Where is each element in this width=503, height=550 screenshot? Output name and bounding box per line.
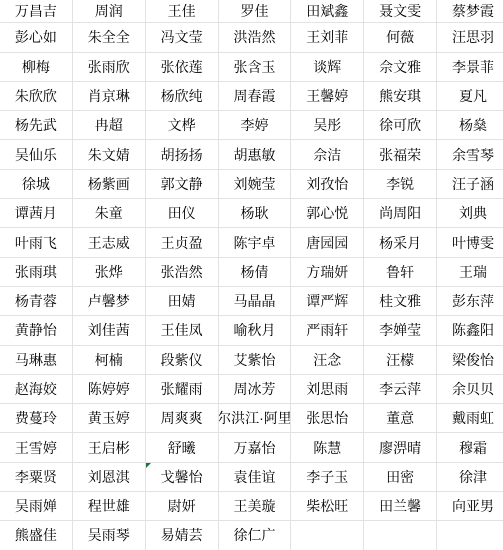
cell-r16c4[interactable]: 万嘉怡 <box>218 433 291 462</box>
cell-r13c4[interactable]: 艾紫怡 <box>218 345 291 374</box>
cell-r12c7[interactable]: 陈鑫阳 <box>437 316 503 345</box>
cell-text: 戈馨怡 <box>161 470 203 484</box>
cell-text: 程世雄 <box>88 499 130 513</box>
cell-r11c2[interactable]: 卢馨梦 <box>72 286 145 315</box>
cell-r16c3[interactable]: 舒曦 <box>145 433 218 462</box>
cell-r15c4[interactable]: 尔洪江·阿里 <box>218 404 291 433</box>
cell-r1c7[interactable]: 蔡梦霞 <box>437 0 503 23</box>
cell-r19c2[interactable]: 吴雨琴 <box>72 521 145 550</box>
cell-text: 张思怡 <box>306 411 348 425</box>
cell-r8c1[interactable]: 谭茜月 <box>0 199 72 228</box>
cell-r4c3[interactable]: 杨欣纯 <box>145 81 218 110</box>
cell-r1c1[interactable]: 万昌吉 <box>0 0 72 23</box>
cell-r14c5[interactable]: 刘思雨 <box>291 374 364 403</box>
cell-text: 蔡梦霞 <box>452 4 494 18</box>
cell-r3c1[interactable]: 柳梅 <box>0 52 72 81</box>
cell-text: 徐仁广 <box>233 528 275 542</box>
cell-text: 万昌吉 <box>15 4 57 18</box>
cell-text: 田仪 <box>168 206 196 220</box>
cell-text: 杨采月 <box>379 236 421 250</box>
cell-r15c3[interactable]: 周爽爽 <box>145 404 218 433</box>
cell-text: 向亚男 <box>452 499 494 513</box>
cell-text: 汪念 <box>313 353 341 367</box>
cell-text: 朱童 <box>95 206 123 220</box>
cell-text: 穆霜 <box>459 441 487 455</box>
cell-r5c4[interactable]: 李婷 <box>218 111 291 140</box>
table-row: 王雪婷王启彬舒曦万嘉怡陈慧廖淠晴穆霜 <box>0 433 503 462</box>
cell-r15c5[interactable]: 张思怡 <box>291 404 364 433</box>
cell-r6c5[interactable]: 佘洁 <box>291 140 364 169</box>
cell-text: 周润 <box>95 4 123 18</box>
cell-r3c4[interactable]: 张含玉 <box>218 52 291 81</box>
cell-text: 杨耿 <box>240 206 268 220</box>
cell-text: 张耀雨 <box>161 382 203 396</box>
cell-text: 张雨琪 <box>15 265 57 279</box>
cell-text: 尉妍 <box>168 499 196 513</box>
cell-text: 李锐 <box>386 177 414 191</box>
cell-r17c2[interactable]: 刘恩淇 <box>72 462 145 491</box>
cell-text: 张福荣 <box>379 148 421 162</box>
cell-text: 叶博雯 <box>452 236 494 250</box>
cell-r18c7[interactable]: 向亚男 <box>437 492 503 521</box>
cell-text: 王馨婷 <box>306 89 348 103</box>
cell-text: 彭心如 <box>15 30 57 44</box>
cell-r9c6[interactable]: 杨采月 <box>364 228 437 257</box>
cell-r10c1[interactable]: 张雨琪 <box>0 257 72 286</box>
cell-text: 汪子涵 <box>452 177 494 191</box>
cell-r3c7[interactable]: 李景菲 <box>437 52 503 81</box>
cell-text: 柴松旺 <box>306 499 348 513</box>
cell-r18c5[interactable]: 柴松旺 <box>291 492 364 521</box>
cell-text: 王美璇 <box>233 499 275 513</box>
cell-r10c2[interactable]: 张烨 <box>72 257 145 286</box>
cell-text: 徐城 <box>22 177 50 191</box>
cell-text: 王志威 <box>88 236 130 250</box>
cell-text: 徐可欣 <box>379 118 421 132</box>
sheet-grid: 万昌吉周润王佳罗佳田斌鑫聂文雯蔡梦霞彭心如朱全全冯文莹洪浩然王刘菲何薇汪思羽柳梅… <box>0 0 503 550</box>
cell-text: 袁佳谊 <box>233 470 275 484</box>
cell-text: 何薇 <box>386 30 414 44</box>
cell-text: 谭茜月 <box>15 206 57 220</box>
cell-r16c1[interactable]: 王雪婷 <box>0 433 72 462</box>
cell-r3c2[interactable]: 张雨欣 <box>72 52 145 81</box>
cell-text: 余贝贝 <box>452 382 494 396</box>
cell-text: 田密 <box>386 470 414 484</box>
sheet-grid-body: 万昌吉周润王佳罗佳田斌鑫聂文雯蔡梦霞彭心如朱全全冯文莹洪浩然王刘菲何薇汪思羽柳梅… <box>0 0 503 550</box>
cell-r5c6[interactable]: 徐可欣 <box>364 111 437 140</box>
cell-r16c6[interactable]: 廖淠晴 <box>364 433 437 462</box>
cell-r10c3[interactable]: 张浩然 <box>145 257 218 286</box>
cell-r3c3[interactable]: 张依莲 <box>145 52 218 81</box>
cell-text: 聂文雯 <box>379 4 421 18</box>
cell-text: 吴雨婵 <box>15 499 57 513</box>
cell-text: 尚周阳 <box>379 206 421 220</box>
table-row: 谭茜月朱童田仪杨耿郭心悦尚周阳刘典 <box>0 199 503 228</box>
cell-r2c7[interactable]: 汪思羽 <box>437 23 503 52</box>
cell-r3c6[interactable]: 佘文雅 <box>364 52 437 81</box>
cell-r10c7[interactable]: 王瑞 <box>437 257 503 286</box>
cell-text: 杨紫画 <box>88 177 130 191</box>
cell-r13c3[interactable]: 段紫仪 <box>145 345 218 374</box>
cell-text: 杨青蓉 <box>15 294 57 308</box>
cell-r2c3[interactable]: 冯文莹 <box>145 23 218 52</box>
cell-text: 朱欣欣 <box>15 89 57 103</box>
cell-text: 胡惠敏 <box>233 148 275 162</box>
cell-text: 朱文婧 <box>88 148 130 162</box>
cell-r17c1[interactable]: 李粟贤 <box>0 462 72 491</box>
cell-r13c2[interactable]: 柯楠 <box>72 345 145 374</box>
cell-text: 李粟贤 <box>15 470 57 484</box>
cell-text: 彭东萍 <box>452 294 494 308</box>
cell-r17c4[interactable]: 袁佳谊 <box>218 462 291 491</box>
table-row: 朱欣欣肖京琳杨欣纯周春霞王馨婷熊安琪夏凡 <box>0 81 503 110</box>
cell-r4c1[interactable]: 朱欣欣 <box>0 81 72 110</box>
table-row: 张雨琪张烨张浩然杨倩方瑞妍鲁轩王瑞 <box>0 257 503 286</box>
table-row: 杨青蓉卢馨梦田婧马晶晶谭严辉桂文雅彭东萍 <box>0 286 503 315</box>
cell-r11c6[interactable]: 桂文雅 <box>364 286 437 315</box>
cell-text: 陈宇卓 <box>233 236 275 250</box>
cell-r11c7[interactable]: 彭东萍 <box>437 286 503 315</box>
cell-r12c2[interactable]: 刘佳茜 <box>72 316 145 345</box>
cell-r7c3[interactable]: 郭文静 <box>145 169 218 198</box>
cell-r4c7[interactable]: 夏凡 <box>437 81 503 110</box>
table-row: 吴仙乐朱文婧胡扬扬胡惠敏佘洁张福荣余雪琴 <box>0 140 503 169</box>
cell-text: 郭文静 <box>161 177 203 191</box>
cell-r11c5[interactable]: 谭严辉 <box>291 286 364 315</box>
table-row: 吴雨婵程世雄尉妍王美璇柴松旺田兰馨向亚男 <box>0 492 503 521</box>
cell-text: 卢馨梦 <box>88 294 130 308</box>
cell-text: 叶雨飞 <box>15 236 57 250</box>
cell-text: 戴雨虹 <box>452 411 494 425</box>
cell-text: 冉超 <box>95 118 123 132</box>
cell-r14c3[interactable]: 张耀雨 <box>145 374 218 403</box>
cell-text: 张依莲 <box>161 60 203 74</box>
cell-text: 张雨欣 <box>88 60 130 74</box>
cell-text: 汪檬 <box>386 353 414 367</box>
cell-r5c1[interactable]: 杨先武 <box>0 111 72 140</box>
cell-text: 鲁轩 <box>386 265 414 279</box>
cell-r19c7[interactable] <box>437 521 503 550</box>
cell-text: 罗佳 <box>240 4 268 18</box>
cell-text: 谈辉 <box>313 60 341 74</box>
cell-r17c7[interactable]: 徐津 <box>437 462 503 491</box>
cell-r8c5[interactable]: 郭心悦 <box>291 199 364 228</box>
error-marker-icon <box>146 463 151 468</box>
cell-r12c1[interactable]: 黄静怡 <box>0 316 72 345</box>
cell-r5c3[interactable]: 文桦 <box>145 111 218 140</box>
cell-text: 夏凡 <box>459 89 487 103</box>
cell-r9c1[interactable]: 叶雨飞 <box>0 228 72 257</box>
cell-r1c5[interactable]: 田斌鑫 <box>291 0 364 23</box>
cell-text: 王雪婷 <box>15 441 57 455</box>
cell-text: 刘恩淇 <box>88 470 130 484</box>
cell-text: 段紫仪 <box>161 353 203 367</box>
cell-r19c1[interactable]: 熊盛佳 <box>0 521 72 550</box>
cell-text: 吴彤 <box>313 118 341 132</box>
cell-text: 万嘉怡 <box>233 441 275 455</box>
cell-r6c4[interactable]: 胡惠敏 <box>218 140 291 169</box>
cell-text: 陈婷婷 <box>88 382 130 396</box>
cell-r12c4[interactable]: 喻秋月 <box>218 316 291 345</box>
cell-r4c2[interactable]: 肖京琳 <box>72 81 145 110</box>
cell-text: 张烨 <box>95 265 123 279</box>
cell-text: 费蔓玲 <box>15 411 57 425</box>
cell-text: 刘孜怡 <box>306 177 348 191</box>
cell-r18c2[interactable]: 程世雄 <box>72 492 145 521</box>
cell-text: 洪浩然 <box>233 30 275 44</box>
cell-text: 田婧 <box>168 294 196 308</box>
cell-r11c1[interactable]: 杨青蓉 <box>0 286 72 315</box>
cell-r12c6[interactable]: 李婵莹 <box>364 316 437 345</box>
cell-r9c2[interactable]: 王志威 <box>72 228 145 257</box>
cell-r14c4[interactable]: 周冰芳 <box>218 374 291 403</box>
table-row: 叶雨飞王志威王贞盈陈宇卓唐园园杨采月叶博雯 <box>0 228 503 257</box>
cell-r9c4[interactable]: 陈宇卓 <box>218 228 291 257</box>
cell-r5c7[interactable]: 杨燊 <box>437 111 503 140</box>
cell-r4c5[interactable]: 王馨婷 <box>291 81 364 110</box>
cell-text: 熊安琪 <box>379 89 421 103</box>
cell-r15c6[interactable]: 董意 <box>364 404 437 433</box>
cell-text: 易婧芸 <box>161 528 203 542</box>
cell-text: 刘典 <box>459 206 487 220</box>
cell-text: 周春霞 <box>233 89 275 103</box>
cell-text: 董意 <box>386 411 414 425</box>
cell-r19c6[interactable] <box>364 521 437 550</box>
cell-r18c1[interactable]: 吴雨婵 <box>0 492 72 521</box>
cell-text: 马琳惠 <box>15 353 57 367</box>
cell-text: 陈慧 <box>313 441 341 455</box>
cell-text: 王刘菲 <box>306 30 348 44</box>
cell-text: 周冰芳 <box>233 382 275 396</box>
cell-text: 王启彬 <box>88 441 130 455</box>
cell-r6c1[interactable]: 吴仙乐 <box>0 140 72 169</box>
cell-text: 艾紫怡 <box>233 353 275 367</box>
cell-text: 喻秋月 <box>233 323 275 337</box>
cell-text: 余雪琴 <box>452 148 494 162</box>
cell-text: 黄玉婷 <box>88 411 130 425</box>
cell-r11c4[interactable]: 马晶晶 <box>218 286 291 315</box>
cell-r4c4[interactable]: 周春霞 <box>218 81 291 110</box>
cell-r8c3[interactable]: 田仪 <box>145 199 218 228</box>
table-row: 李粟贤刘恩淇戈馨怡袁佳谊李子玉田密徐津 <box>0 462 503 491</box>
table-row: 徐城杨紫画郭文静刘婉莹刘孜怡李锐汪子涵 <box>0 169 503 198</box>
cell-r18c3[interactable]: 尉妍 <box>145 492 218 521</box>
table-row: 杨先武冉超文桦李婷吴彤徐可欣杨燊 <box>0 111 503 140</box>
cell-text: 杨倩 <box>240 265 268 279</box>
cell-text: 徐津 <box>459 470 487 484</box>
cell-r7c5[interactable]: 刘孜怡 <box>291 169 364 198</box>
cell-text: 黄静怡 <box>15 323 57 337</box>
cell-r13c7[interactable]: 梁俊怡 <box>437 345 503 374</box>
cell-text: 唐园园 <box>306 236 348 250</box>
cell-r8c2[interactable]: 朱童 <box>72 199 145 228</box>
cell-r13c6[interactable]: 汪檬 <box>364 345 437 374</box>
cell-text: 吴雨琴 <box>88 528 130 542</box>
cell-r17c5[interactable]: 李子玉 <box>291 462 364 491</box>
cell-r1c2[interactable]: 周润 <box>72 0 145 23</box>
cell-r15c7[interactable]: 戴雨虹 <box>437 404 503 433</box>
cell-r15c1[interactable]: 费蔓玲 <box>0 404 72 433</box>
cell-text: 王贞盈 <box>161 236 203 250</box>
cell-r16c5[interactable]: 陈慧 <box>291 433 364 462</box>
cell-r19c3[interactable]: 易婧芸 <box>145 521 218 550</box>
cell-text: 李云萍 <box>379 382 421 396</box>
cell-text: 方瑞妍 <box>306 265 348 279</box>
cell-r14c2[interactable]: 陈婷婷 <box>72 374 145 403</box>
cell-r4c6[interactable]: 熊安琪 <box>364 81 437 110</box>
cell-text: 杨欣纯 <box>161 89 203 103</box>
cell-text: 马晶晶 <box>233 294 275 308</box>
cell-r6c2[interactable]: 朱文婧 <box>72 140 145 169</box>
cell-r9c3[interactable]: 王贞盈 <box>145 228 218 257</box>
cell-text: 佘洁 <box>313 148 341 162</box>
cell-text: 周爽爽 <box>161 411 203 425</box>
cell-text: 陈鑫阳 <box>452 323 494 337</box>
cell-r10c5[interactable]: 方瑞妍 <box>291 257 364 286</box>
cell-r18c6[interactable]: 田兰馨 <box>364 492 437 521</box>
cell-text: 杨燊 <box>459 118 487 132</box>
cell-text: 李子玉 <box>306 470 348 484</box>
cell-r10c6[interactable]: 鲁轩 <box>364 257 437 286</box>
cell-r17c3[interactable]: 戈馨怡 <box>145 462 218 491</box>
cell-r12c3[interactable]: 王佳凤 <box>145 316 218 345</box>
cell-text: 田斌鑫 <box>306 4 348 18</box>
cell-text: 冯文莹 <box>161 30 203 44</box>
cell-text: 舒曦 <box>168 441 196 455</box>
cell-r6c3[interactable]: 胡扬扬 <box>145 140 218 169</box>
cell-r14c7[interactable]: 余贝贝 <box>437 374 503 403</box>
cell-r2c6[interactable]: 何薇 <box>364 23 437 52</box>
cell-r9c5[interactable]: 唐园园 <box>291 228 364 257</box>
cell-r8c7[interactable]: 刘典 <box>437 199 503 228</box>
cell-r14c1[interactable]: 赵海姣 <box>0 374 72 403</box>
cell-r5c2[interactable]: 冉超 <box>72 111 145 140</box>
cell-text: 柯楠 <box>95 353 123 367</box>
cell-text: 佘文雅 <box>379 60 421 74</box>
cell-r7c7[interactable]: 汪子涵 <box>437 169 503 198</box>
cell-r12c5[interactable]: 严雨轩 <box>291 316 364 345</box>
table-row: 熊盛佳吴雨琴易婧芸徐仁广 <box>0 521 503 550</box>
cell-text: 王佳 <box>168 4 196 18</box>
table-row: 费蔓玲黄玉婷周爽爽尔洪江·阿里张思怡董意戴雨虹 <box>0 404 503 433</box>
cell-r6c7[interactable]: 余雪琴 <box>437 140 503 169</box>
cell-text: 廖淠晴 <box>379 441 421 455</box>
cell-text: 刘佳茜 <box>88 323 130 337</box>
cell-text: 张浩然 <box>161 265 203 279</box>
cell-r3c5[interactable]: 谈辉 <box>291 52 364 81</box>
cell-text: 汪思羽 <box>452 30 494 44</box>
cell-r2c2[interactable]: 朱全全 <box>72 23 145 52</box>
cell-r5c5[interactable]: 吴彤 <box>291 111 364 140</box>
cell-text: 杨先武 <box>15 118 57 132</box>
cell-text: 李景菲 <box>452 60 494 74</box>
cell-text: 田兰馨 <box>379 499 421 513</box>
cell-text: 赵海姣 <box>15 382 57 396</box>
spreadsheet-viewport: 万昌吉周润王佳罗佳田斌鑫聂文雯蔡梦霞彭心如朱全全冯文莹洪浩然王刘菲何薇汪思羽柳梅… <box>0 0 503 550</box>
cell-r9c7[interactable]: 叶博雯 <box>437 228 503 257</box>
cell-r7c4[interactable]: 刘婉莹 <box>218 169 291 198</box>
cell-text: 刘婉莹 <box>233 177 275 191</box>
cell-text: 桂文雅 <box>379 294 421 308</box>
cell-r10c4[interactable]: 杨倩 <box>218 257 291 286</box>
cell-r15c2[interactable]: 黄玉婷 <box>72 404 145 433</box>
cell-r1c3[interactable]: 王佳 <box>145 0 218 23</box>
cell-r11c3[interactable]: 田婧 <box>145 286 218 315</box>
cell-text: 柳梅 <box>22 60 50 74</box>
cell-text: 吴仙乐 <box>15 148 57 162</box>
cell-r14c6[interactable]: 李云萍 <box>364 374 437 403</box>
cell-r16c7[interactable]: 穆霜 <box>437 433 503 462</box>
cell-r2c1[interactable]: 彭心如 <box>0 23 72 52</box>
table-row: 万昌吉周润王佳罗佳田斌鑫聂文雯蔡梦霞 <box>0 0 503 23</box>
cell-r2c4[interactable]: 洪浩然 <box>218 23 291 52</box>
cell-r1c6[interactable]: 聂文雯 <box>364 0 437 23</box>
cell-r18c4[interactable]: 王美璇 <box>218 492 291 521</box>
cell-r1c4[interactable]: 罗佳 <box>218 0 291 23</box>
cell-text: 朱全全 <box>88 30 130 44</box>
table-row: 柳梅张雨欣张依莲张含玉谈辉佘文雅李景菲 <box>0 52 503 81</box>
cell-text: 王佳凤 <box>161 323 203 337</box>
table-row: 黄静怡刘佳茜王佳凤喻秋月严雨轩李婵莹陈鑫阳 <box>0 316 503 345</box>
cell-r6c6[interactable]: 张福荣 <box>364 140 437 169</box>
cell-r16c2[interactable]: 王启彬 <box>72 433 145 462</box>
cell-text: 李婵莹 <box>379 323 421 337</box>
cell-r19c5[interactable] <box>291 521 364 550</box>
cell-r7c2[interactable]: 杨紫画 <box>72 169 145 198</box>
cell-r7c1[interactable]: 徐城 <box>0 169 72 198</box>
cell-text: 王瑞 <box>459 265 487 279</box>
table-row: 彭心如朱全全冯文莹洪浩然王刘菲何薇汪思羽 <box>0 23 503 52</box>
cell-text: 尔洪江·阿里 <box>218 411 291 425</box>
cell-text: 张含玉 <box>233 60 275 74</box>
cell-text: 梁俊怡 <box>452 353 494 367</box>
cell-text: 谭严辉 <box>306 294 348 308</box>
cell-text: 肖京琳 <box>88 89 130 103</box>
cell-r19c4[interactable]: 徐仁广 <box>218 521 291 550</box>
cell-r7c6[interactable]: 李锐 <box>364 169 437 198</box>
table-row: 赵海姣陈婷婷张耀雨周冰芳刘思雨李云萍余贝贝 <box>0 374 503 403</box>
cell-r2c5[interactable]: 王刘菲 <box>291 23 364 52</box>
cell-text: 刘思雨 <box>306 382 348 396</box>
cell-r8c4[interactable]: 杨耿 <box>218 199 291 228</box>
cell-text: 文桦 <box>168 118 196 132</box>
cell-text: 严雨轩 <box>306 323 348 337</box>
cell-text: 李婷 <box>240 118 268 132</box>
cell-r13c1[interactable]: 马琳惠 <box>0 345 72 374</box>
cell-text: 郭心悦 <box>306 206 348 220</box>
cell-r8c6[interactable]: 尚周阳 <box>364 199 437 228</box>
cell-r13c5[interactable]: 汪念 <box>291 345 364 374</box>
table-row: 马琳惠柯楠段紫仪艾紫怡汪念汪檬梁俊怡 <box>0 345 503 374</box>
cell-r17c6[interactable]: 田密 <box>364 462 437 491</box>
cell-text: 胡扬扬 <box>161 148 203 162</box>
cell-text: 熊盛佳 <box>15 528 57 542</box>
